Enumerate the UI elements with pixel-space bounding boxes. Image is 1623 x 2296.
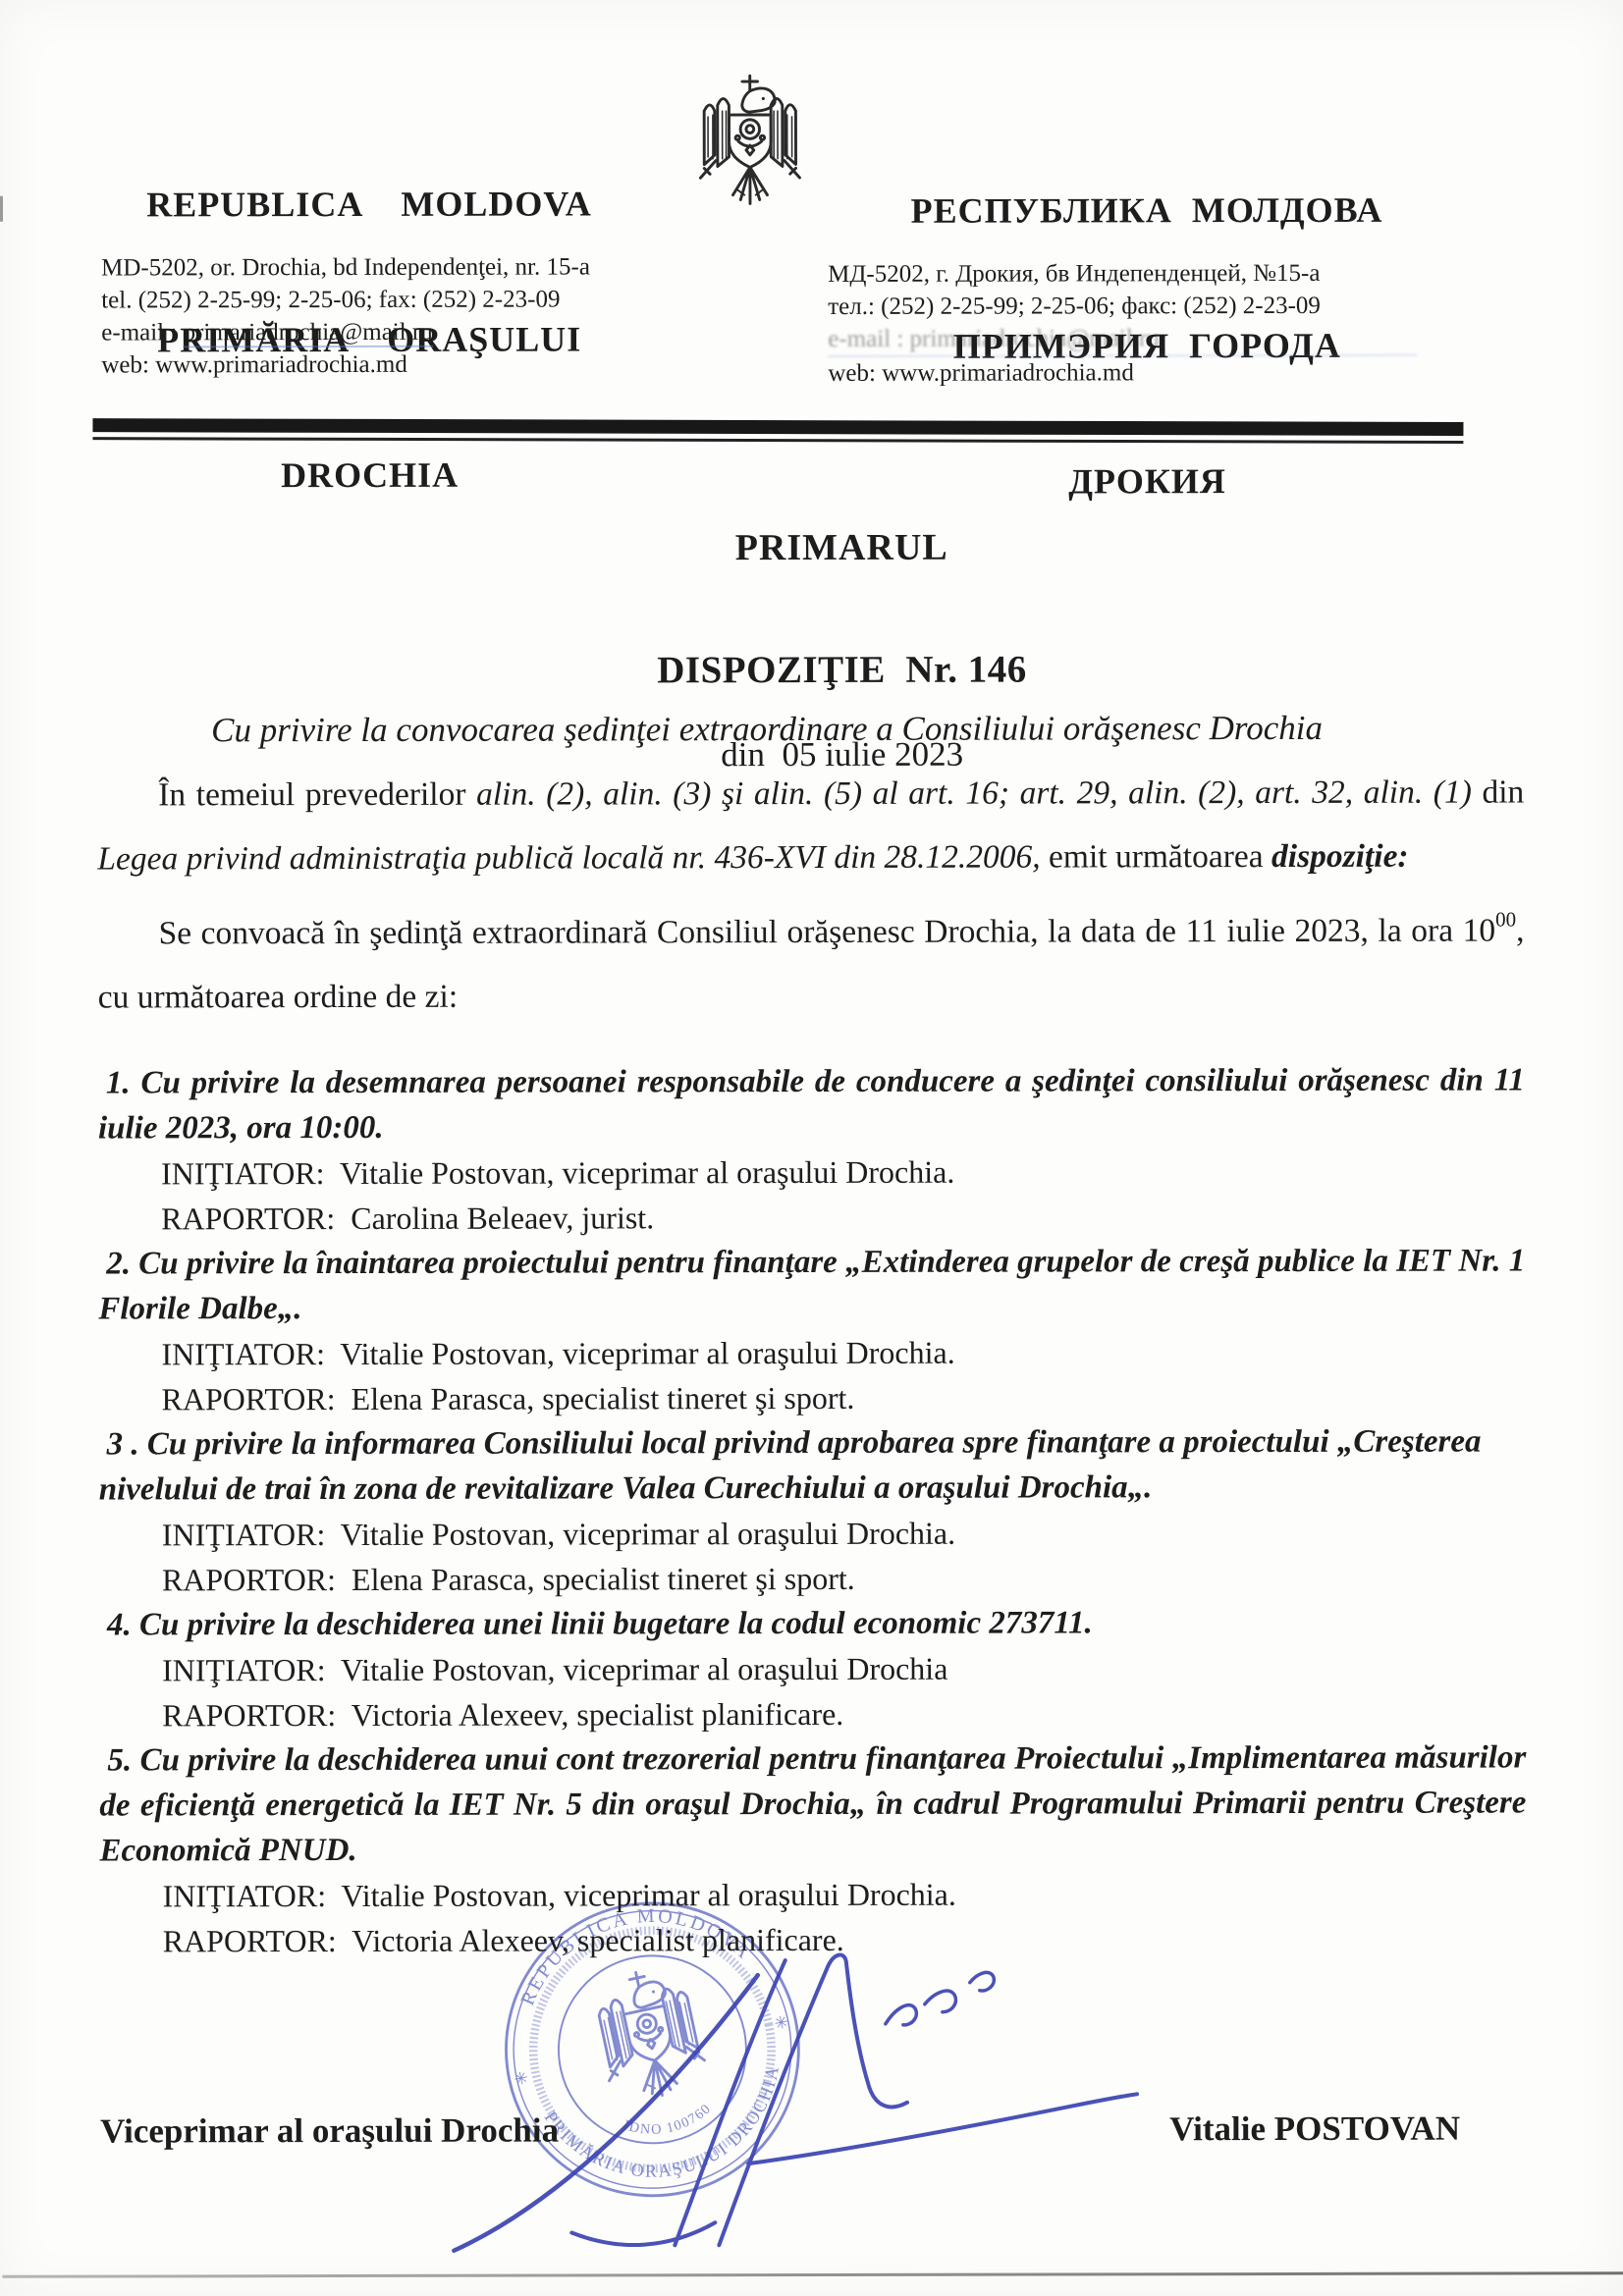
email-address: primariadrochia@mail.ru: [184, 319, 433, 348]
convocation-paragraph: Se convoacă în şedinţă extraordinară Con…: [97, 887, 1524, 1029]
document-body: Cu privire la convocarea şedinţei extrao…: [97, 695, 1527, 1963]
office-title: PRIMARUL: [30, 524, 1623, 570]
web-line: web: www.primariadrochia.md: [101, 347, 651, 381]
agenda-item-raportor: RAPORTOR: Elena Parasca, specialist tine…: [98, 1373, 1525, 1421]
scanned-document-page: REPUBLICA MOLDOVA PRIMĂRIA ORAŞULUI DROC…: [0, 0, 1623, 2296]
agenda-item-title: 3 . Cu privire la informarea Consiliului…: [99, 1418, 1526, 1512]
moldova-coat-of-arms-icon: [683, 71, 817, 223]
phone-line: тел.: (252) 2-25-99; 2-25-06; факс: (252…: [828, 290, 1417, 323]
agenda-item-initiator: INIŢIATOR: Vitalie Postovan, viceprimar …: [99, 1644, 1526, 1692]
document-title: DISPOZIŢIE Nr. 146: [30, 646, 1623, 693]
preamble-text: din: [1482, 774, 1524, 810]
email-line-faded: e-mail : primariadrochia@mail.ru: [828, 322, 1417, 357]
agenda-item-raportor: RAPORTOR: Elena Parasca, specialist tine…: [99, 1554, 1526, 1602]
contact-block-russian: МД-5202, г. Дрокия, бв Индепенденцей, №1…: [828, 257, 1417, 390]
signer-name: Vitalie POSTOVAN: [1169, 2109, 1460, 2150]
agenda-item-raportor: RAPORTOR: Victoria Alexeev, specialist p…: [99, 1689, 1526, 1737]
agenda-item-title: 1. Cu privire la desemnarea persoanei re…: [98, 1057, 1525, 1150]
convocation-text: Se convoacă în şedinţă extraordinară Con…: [159, 913, 1496, 952]
contact-block-romanian: MD-5202, or. Drochia, bd Independenţei, …: [101, 250, 651, 381]
address-line: МД-5202, г. Дрокия, бв Индепенденцей, №1…: [828, 257, 1417, 291]
law-reference: Legea privind administraţia publică loca…: [97, 838, 1049, 877]
hour-superscript: 00: [1495, 907, 1516, 931]
agenda-list: 1. Cu privire la desemnarea persoanei re…: [98, 1057, 1527, 1963]
signature-ink: [424, 1905, 1152, 2285]
web-line: web: www.primariadrochia.md: [828, 356, 1417, 390]
disposition-word: dispoziţie:: [1271, 838, 1409, 875]
agenda-item-title: 4. Cu privire la deschiderea unei linii …: [99, 1599, 1526, 1647]
agenda-item-raportor: RAPORTOR: Carolina Beleaev, jurist.: [98, 1193, 1525, 1241]
address-line: MD-5202, or. Drochia, bd Independenţei, …: [101, 250, 651, 284]
agenda-item: 1. Cu privire la desemnarea persoanei re…: [98, 1057, 1525, 1241]
org-line: РЕСПУБЛИКА МОЛДОВА: [862, 187, 1432, 234]
agenda-item-initiator: INIŢIATOR: Vitalie Postovan, viceprimar …: [98, 1148, 1525, 1196]
agenda-item-title: 5. Cu privire la deschiderea unui cont t…: [99, 1735, 1526, 1873]
agenda-item-initiator: INIŢIATOR: Vitalie Postovan, viceprimar …: [98, 1328, 1525, 1376]
scan-speck: [0, 196, 3, 222]
subject-line: Cu privire la convocarea şedinţei extrao…: [97, 695, 1524, 763]
org-line: REPUBLICA MOLDOVA: [114, 181, 624, 227]
agenda-item: 2. Cu privire la înaintarea proiectului …: [98, 1238, 1525, 1421]
agenda-item: 4. Cu privire la deschiderea unei linii …: [99, 1599, 1526, 1737]
agenda-item: 3 . Cu privire la informarea Consiliului…: [99, 1418, 1526, 1602]
email-label: e-mail :: [101, 319, 183, 346]
phone-line: tel. (252) 2-25-99; 2-25-06; fax: (252) …: [101, 283, 651, 316]
preamble-text: emit următoarea: [1049, 838, 1271, 875]
agenda-item-title: 2. Cu privire la înaintarea proiectului …: [98, 1238, 1525, 1331]
email-line: e-mail : primariadrochia@mail.ru: [101, 315, 651, 348]
preamble-text: În temeiul prevederilor: [158, 776, 476, 814]
preamble-paragraph: În temeiul prevederilor alin. (2), alin.…: [97, 760, 1524, 890]
agenda-item-initiator: INIŢIATOR: Vitalie Postovan, viceprimar …: [99, 1509, 1526, 1557]
preamble-citation: alin. (2), alin. (3) şi alin. (5) al art…: [476, 774, 1482, 813]
